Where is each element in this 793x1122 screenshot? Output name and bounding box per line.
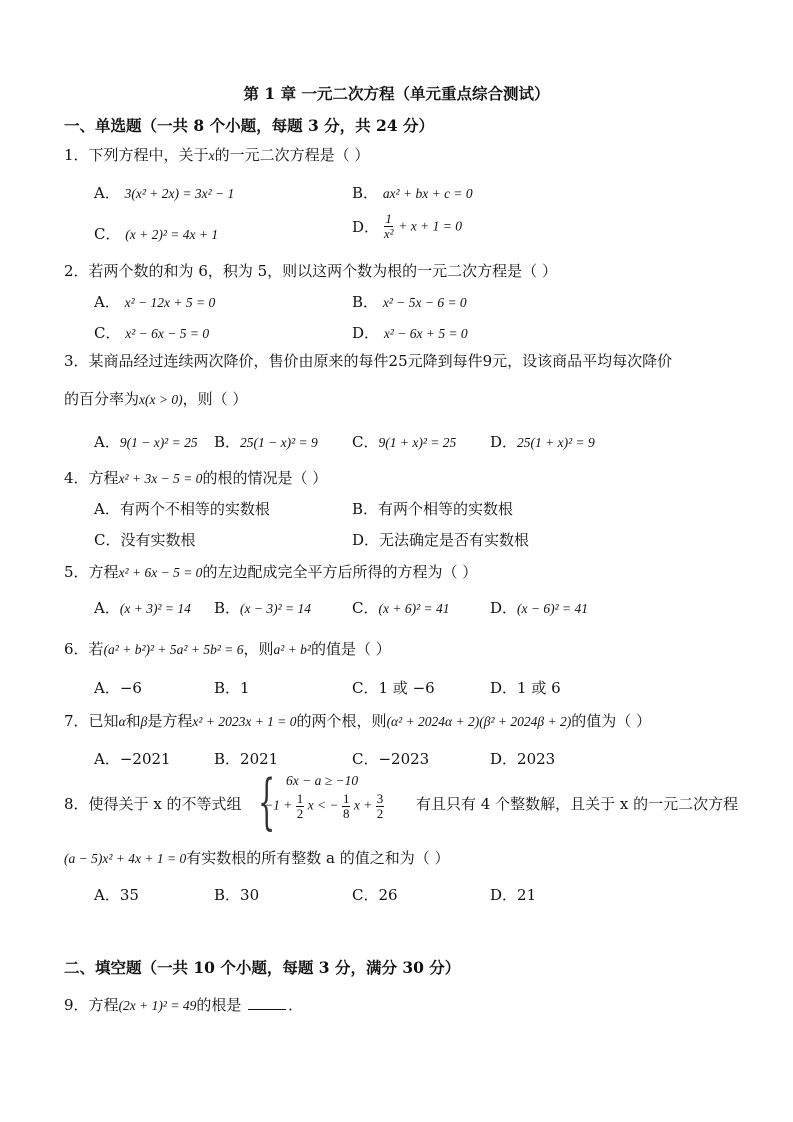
- option-7d[interactable]: D．2023: [490, 748, 555, 769]
- option-4b[interactable]: B．有两个相等的实数根: [352, 498, 513, 519]
- answer-blank[interactable]: [248, 995, 286, 1010]
- option-4d[interactable]: D．无法确定是否有实数根: [352, 529, 529, 550]
- question-6: 6．若(a² + b²)² + 5a² + 5b² = 6，则a² + b²的值…: [64, 638, 391, 659]
- document-title: 第 1 章 一元二次方程（单元重点综合测试）: [0, 82, 793, 104]
- option-6d[interactable]: D．1 或 6: [490, 677, 561, 698]
- option-5d[interactable]: D．(x − 6)² = 41: [490, 597, 588, 618]
- option-5b[interactable]: B．(x − 3)² = 14: [214, 597, 311, 618]
- option-8a[interactable]: A．35: [94, 884, 139, 905]
- option-1c[interactable]: C． (x + 2)² = 4x + 1: [94, 223, 218, 244]
- option-2a[interactable]: A． x² − 12x + 5 = 0: [94, 291, 215, 312]
- option-7b[interactable]: B．2021: [214, 748, 278, 769]
- option-3c[interactable]: C．9(1 + x)² = 25: [352, 431, 456, 452]
- option-2b[interactable]: B． x² − 5x − 6 = 0: [352, 291, 467, 312]
- option-3a[interactable]: A．9(1 − x)² = 25: [94, 431, 198, 452]
- option-1d[interactable]: D． 1x² + x + 1 = 0: [352, 212, 462, 241]
- option-7a[interactable]: A．−2021: [94, 748, 171, 769]
- question-1: 1．下列方程中，关于x的一元二次方程是（ ）: [64, 144, 369, 165]
- question-9: 9．方程(2x + 1)² = 49的根是 ．: [64, 994, 303, 1015]
- option-3d[interactable]: D．25(1 + x)² = 9: [490, 431, 595, 452]
- inequality-line-2: −1 + 12 x < − 18 x + 32: [264, 792, 384, 821]
- question-8-lead: 8．使得关于 x 的不等式组: [64, 793, 242, 814]
- inequality-line-1: 6x − a ≥ −10: [286, 773, 358, 789]
- option-4a[interactable]: A．有两个不相等的实数根: [94, 498, 270, 519]
- question-4: 4．方程x² + 3x − 5 = 0的根的情况是（ ）: [64, 467, 327, 488]
- option-1b[interactable]: B． ax² + bx + c = 0: [352, 182, 473, 203]
- question-3-line2: 的百分率为x(x > 0)，则（ ）: [64, 388, 247, 409]
- option-4c[interactable]: C．没有实数根: [94, 529, 196, 550]
- option-7c[interactable]: C．−2023: [352, 748, 429, 769]
- option-6c[interactable]: C．1 或 −6: [352, 677, 435, 698]
- option-1a[interactable]: A． 3(x² + 2x) = 3x² − 1: [94, 182, 234, 203]
- option-8d[interactable]: D．21: [490, 884, 536, 905]
- option-3b[interactable]: B．25(1 − x)² = 9: [214, 431, 318, 452]
- question-8-tail: 有且只有 4 个整数解，且关于 x 的一元二次方程: [416, 793, 738, 814]
- option-2d[interactable]: D． x² − 6x + 5 = 0: [352, 322, 468, 343]
- question-7: 7．已知α和β是方程x² + 2023x + 1 = 0的两个根，则(α² + …: [64, 710, 651, 731]
- question-8-line2: (a − 5)x² + 4x + 1 = 0有实数根的所有整数 a 的值之和为（…: [64, 847, 449, 868]
- option-8b[interactable]: B．30: [214, 884, 259, 905]
- question-2: 2．若两个数的和为 6，积为 5，则以这两个数为根的一元二次方程是（ ）: [64, 260, 557, 281]
- option-2c[interactable]: C． x² − 6x − 5 = 0: [94, 322, 209, 343]
- option-5a[interactable]: A．(x + 3)² = 14: [94, 597, 191, 618]
- section-heading-single-choice: 一、单选题（一共 8 个小题，每题 3 分，共 24 分）: [64, 114, 434, 136]
- question-5: 5．方程x² + 6x − 5 = 0的左边配成完全平方后所得的方程为（ ）: [64, 561, 477, 582]
- question-3-line1: 3．某商品经过连续两次降价，售价由原来的每件25元降到每件9元，设该商品平均每次…: [64, 350, 672, 371]
- option-8c[interactable]: C．26: [352, 884, 398, 905]
- option-5c[interactable]: C．(x + 6)² = 41: [352, 597, 450, 618]
- section-heading-fill-blank: 二、填空题（一共 10 个小题，每题 3 分，满分 30 分）: [64, 956, 460, 978]
- option-6b[interactable]: B．1: [214, 677, 250, 698]
- question-number: 1．: [64, 146, 89, 164]
- option-6a[interactable]: A．−6: [94, 677, 142, 698]
